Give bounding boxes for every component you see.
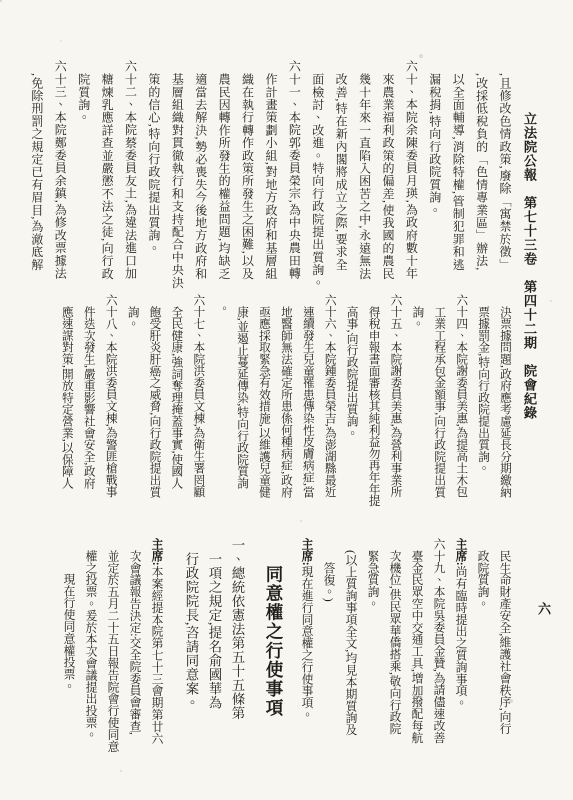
text-column: 連續發生兒童罹患傳染性皮膚病症,當 xyxy=(297,294,319,507)
text-column: 票據罰金,特向行政院提出質詢。 xyxy=(472,294,494,507)
text-column: 一、總統依憲法第五十五條第 xyxy=(226,538,249,766)
text-column: 六十四、本院謝委員美惠,為提高土木包 xyxy=(450,294,472,507)
text-column: 糖煉乳應詳查並嚴懲不法之徒,向行政 xyxy=(95,60,118,294)
text-column: 亟應採取緊急有效措施,以維護兒童健 xyxy=(253,294,275,507)
text-column: 詢。 xyxy=(406,294,428,507)
text-column: 。 xyxy=(209,294,231,507)
text-column: 六十一、本院郭委員榮宗,為中央農田轉 xyxy=(282,60,305,294)
text-column: 來農業福利政策的偏差,使我國的農民 xyxy=(376,60,399,294)
text-column: 工業工程承包金額事,向行政院提出質 xyxy=(428,294,450,507)
text-column: 政院質詢。 xyxy=(472,538,494,766)
page-number: 六 xyxy=(535,602,551,615)
text-column: 織在執行轉作政策所發生之困難,以及 xyxy=(235,60,258,294)
text-column: 得稅申報書面審核其純利益勿再年年提 xyxy=(363,294,385,507)
text-column: ,且修改色情政策,廢除「寓禁於徵」 xyxy=(493,60,516,294)
text-column: 六十二、本院蔡委員友土,為違法進口加 xyxy=(118,60,141,294)
text-column: 飽受肝炎肝癌之威脅,向行政院提出質 xyxy=(144,294,166,507)
text-column: 決票據問題,政府應考慮延長分期繳納 xyxy=(494,294,516,507)
text-column: 地醫師無法確定所患係何種病症,政府 xyxy=(275,294,297,507)
text-column: 改善,特在新內閣將成立之際,要求全 xyxy=(329,60,352,294)
text-column: 並定於五月二十五日報告院會行使同意 xyxy=(102,538,124,766)
text-column: 權之投票。爰於本次會議提出投票。 xyxy=(80,538,102,766)
text-column: 現在行使同意權投票。 xyxy=(58,538,80,766)
text-column: 六十七、本院洪委員文棟,為衛生署罔顧 xyxy=(187,294,209,507)
text-column: 應速謀對策,開放特定營業,以保障人 xyxy=(56,294,78,507)
text-column: 主席:尚有臨時提出之質詢事項。 xyxy=(450,538,472,766)
text-column: 六十九、本院吳委員金贊,為請儘速改善 xyxy=(428,538,450,766)
text-column: 六十三、本院鄭委員余鎮,為修改票據法 xyxy=(48,60,71,294)
text-column: 主席:本案經提本院第七十三會期第廿六 xyxy=(146,538,168,766)
text-column: ,改採低稅負的「色情專業區」辦法, xyxy=(469,60,492,294)
text-column: 高事,向行政院提出質詢。 xyxy=(341,294,363,507)
text-column: 康,並遏止蔓延傳染,特向行政院質詢 xyxy=(231,294,253,507)
text-column: 全民健康,強詞奪理掩蓋事實,使國人 xyxy=(166,294,188,507)
publication-header: 立法院公報 第七十三卷 第四十二期 院會紀錄 xyxy=(519,112,539,404)
text-column: 一項之規定,提名俞國華為 xyxy=(203,538,226,766)
text-column: 以全面輔導,消除特權,管制犯罪和逃 xyxy=(446,60,469,294)
text-column: 院質詢。 xyxy=(71,60,94,294)
text-column: 幾十年來一直陷入困苦之中,永遠無法 xyxy=(352,60,375,294)
text-column: 六十六、本院鍾委員榮吉,為澎湖縣最近 xyxy=(319,294,341,507)
text-column: 次會議報告決定:交全院委員會審查, xyxy=(124,538,146,766)
text-column: 次機位,供民眾華僑搭乘,敬向行政院 xyxy=(384,538,406,766)
text-column: 策的信心,特向行政院提出質詢。 xyxy=(142,60,165,294)
bottom-register: 民生命財產安全,維護社會秩序,向行政院質詢。主席:尚有臨時提出之質詢事項。六十九… xyxy=(58,538,516,766)
text-column: 作計畫策劃小組,對地方政府和基層組 xyxy=(259,60,282,294)
text-column: 適當去解決,勢必喪失今後地方政府和 xyxy=(188,60,211,294)
text-column: 主席:現在進行同意權之行使事項。 xyxy=(296,538,318,766)
top-register: ,且修改色情政策,廢除「寓禁於徵」,改採低稅負的「色情專業區」辦法,以全面輔導,… xyxy=(24,60,516,294)
text-column: (以上質詢事項全文,均見本期質詢及 xyxy=(340,538,362,766)
middle-register: 決票據問題,政府應考慮延長分期繳納票據罰金,特向行政院提出質詢。六十四、本院謝委… xyxy=(56,294,516,507)
text-column: 答復。) xyxy=(318,538,340,766)
text-column: 農民因轉作所發生的權益問題,均缺乏 xyxy=(212,60,235,294)
text-column: 緊急質詢。 xyxy=(362,538,384,766)
text-column: 行政院院長,咨請同意案。 xyxy=(180,538,203,766)
text-column: 詢。 xyxy=(122,294,144,507)
text-column: 六十五、本院謝委員美惠,為營利事業所 xyxy=(385,294,407,507)
text-column: 六十八、本院洪委員文棟,為警匪槍戰事 xyxy=(100,294,122,507)
section-heading: 同意權之行使事項 xyxy=(258,538,290,766)
text-column: 六十、本院余陳委員月瑛,為政府數十年 xyxy=(399,60,422,294)
text-column: 民生命財產安全,維護社會秩序,向行 xyxy=(494,538,516,766)
text-column: 基層組織對貫徹執行和支持配合中央決 xyxy=(165,60,188,294)
text-column: ,免除刑罰之規定已有眉目,為澈底解 xyxy=(24,60,47,294)
text-column: 面檢討、改進。特向行政院提出質詢。 xyxy=(305,60,328,294)
gazette-page: 立法院公報 第七十三卷 第四十二期 院會紀錄 六 ,且修改色情政策,廢除「寓禁於… xyxy=(0,0,573,800)
text-column: 件迭次發生,嚴重影響社會安全,政府 xyxy=(78,294,100,507)
text-column: 臺金民眾空中交通工具,增加撥配每航 xyxy=(406,538,428,766)
text-column: 漏稅捐,特向行政院質詢。 xyxy=(422,60,445,294)
